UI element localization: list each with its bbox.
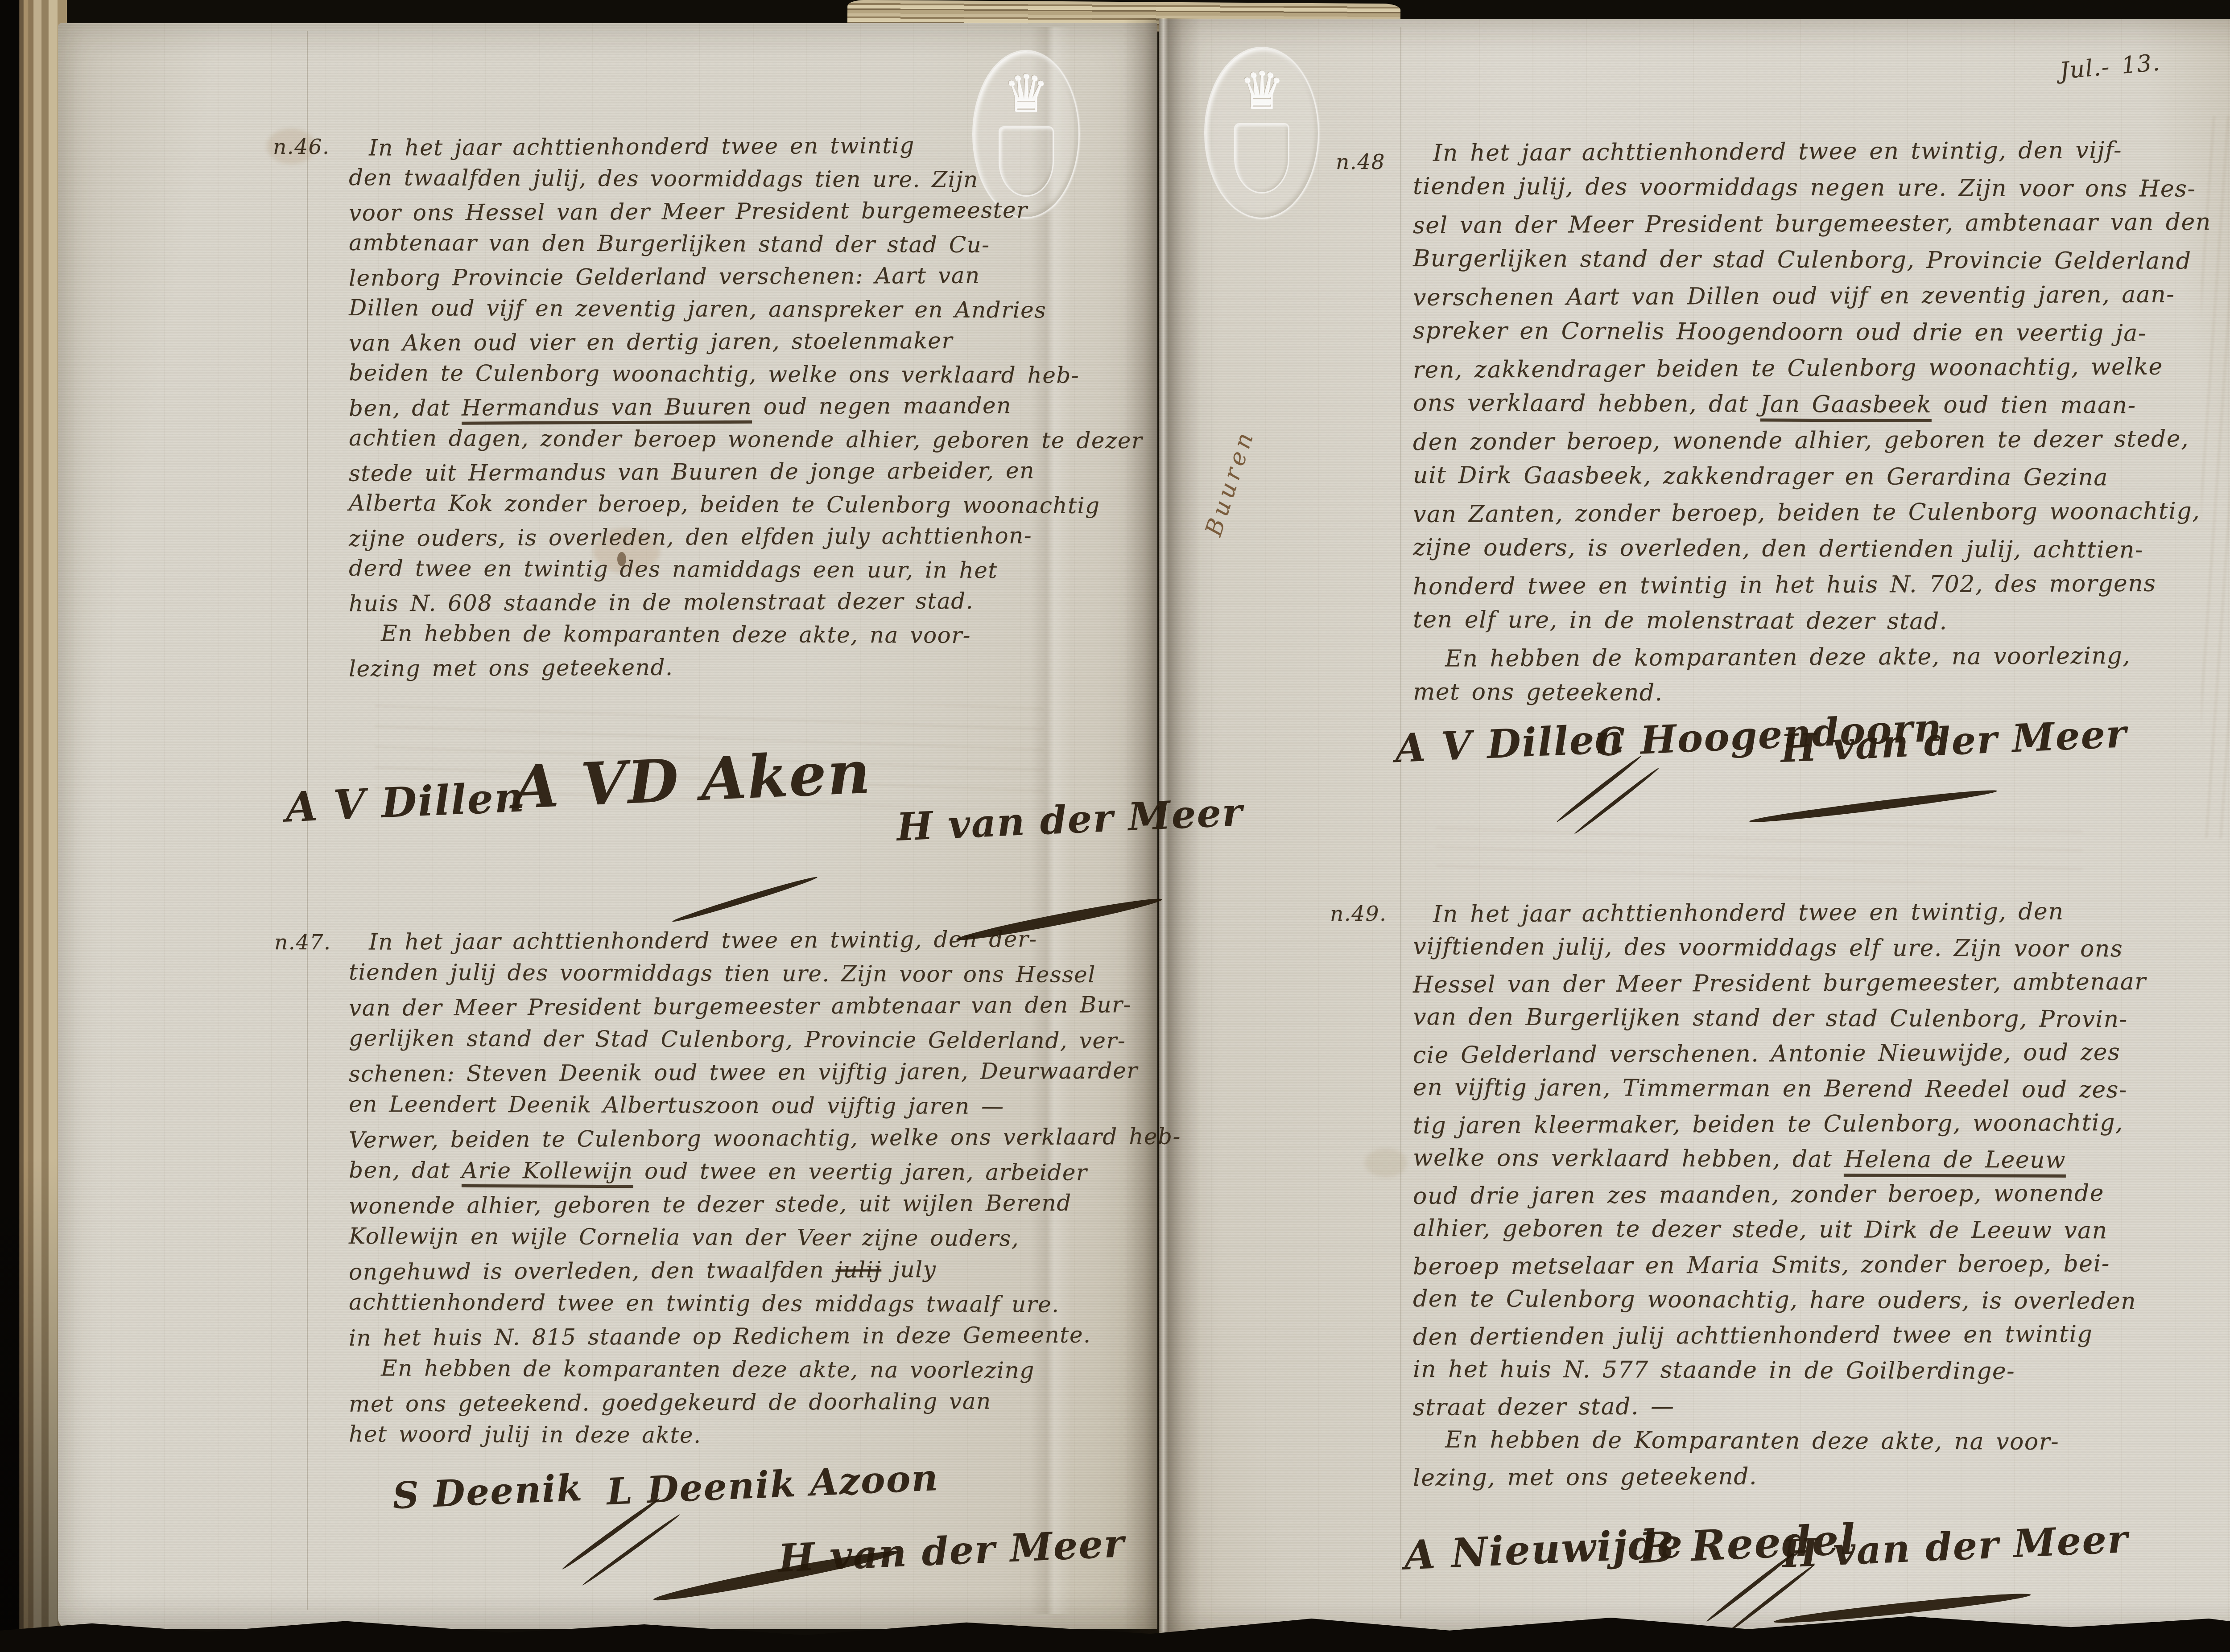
record-line: vijftienden julij, des voormiddags elf u… [1413, 929, 2211, 967]
record-line: en Leendert Deenik Albertuszoon oud vijf… [349, 1088, 1112, 1123]
record-number: n.49. [1330, 902, 1387, 926]
record-line: van Zanten, zonder beroep, beiden te Cul… [1413, 493, 2211, 533]
record-line: alhier, geboren te dezer stede, uit Dirk… [1413, 1211, 2211, 1249]
record-line: tienden julij, des voormiddags negen ure… [1413, 169, 2211, 207]
record-line: den te Culenborg woonachtig, hare ouders… [1413, 1281, 2211, 1319]
right-page-margin-rule [1400, 27, 1401, 1619]
record-line: Burgerlijken stand der stad Culenborg, P… [1413, 241, 2211, 280]
crown-seal-icon: ♛ [1206, 61, 1318, 120]
record-line: ben, dat Arie Kollewijn oud twee en veer… [349, 1154, 1112, 1189]
record-number: n.48 [1336, 150, 1385, 174]
record-line: het woord julij in deze akte. [349, 1417, 1112, 1453]
record-line: stede uit Hermandus van Buuren de jonge … [349, 454, 1112, 490]
record-text: In het jaar achttienhonderd twee en twin… [1413, 134, 2211, 712]
record-number: n.47. [274, 930, 331, 955]
record-line: achtien dagen, zonder beroep wonende alh… [349, 422, 1112, 457]
record-line: van den Burgerlijken stand der stad Cule… [1413, 1000, 2211, 1038]
record-line: ren, zakkendrager beiden te Culenborg wo… [1413, 349, 2211, 388]
record-line: van Aken oud vier en dertig jaren, stoel… [349, 324, 1112, 359]
record-line: verschenen Aart van Dillen oud vijf en z… [1413, 276, 2211, 316]
record-line: Dillen oud vijf en zeventig jaren, aansp… [349, 292, 1112, 327]
record-number: n.46. [273, 135, 330, 159]
record-line: En hebben de komparanten deze akte, na v… [1413, 638, 2211, 677]
record-line: derd twee en twintig des namiddags een u… [349, 552, 1112, 587]
record-line: En hebben de komparanten deze akte, na v… [349, 1351, 1112, 1387]
record-line: schenen: Steven Deenik oud twee en vijft… [349, 1054, 1112, 1090]
record-line: met ons geteekend. goedgekeurd de doorha… [349, 1384, 1112, 1420]
book-fore-edge [0, 0, 67, 1652]
record-line: en vijftig jaren, Timmerman en Berend Re… [1413, 1070, 2211, 1108]
record-line: cie Gelderland verschenen. Antonie Nieuw… [1413, 1034, 2211, 1073]
register-spread-photo: ♛ ♛ Jul.- 13. Buuren n.46. In het jaar a… [0, 0, 2230, 1652]
record-line: En hebben de Komparanten deze akte, na v… [1413, 1422, 2211, 1460]
record-line: sel van der Meer President burgemeester,… [1413, 204, 2211, 244]
record-line: voor ons Hessel van der Meer President b… [349, 194, 1112, 229]
record-line: zijne ouders, is overleden, den elfden j… [349, 519, 1112, 555]
record-line: tig jaren kleermaker, beiden te Culenbor… [1413, 1105, 2211, 1144]
record-line: lezing, met ons geteekend. [1413, 1457, 2211, 1496]
bleed-through-text [1436, 820, 2083, 883]
record-line: den zonder beroep, wonende alhier, gebor… [1413, 421, 2211, 461]
record-line: lenborg Provincie Gelderland verschenen:… [349, 259, 1112, 294]
record-line: welke ons verklaard hebben, dat Helena d… [1413, 1141, 2211, 1178]
record-line: gerlijken stand der Stad Culenborg, Prov… [349, 1022, 1112, 1057]
record-line: uit Dirk Gaasbeek, zakkendrager en Gerar… [1413, 457, 2211, 496]
record-line: den dertienden julij achttienhonderd twe… [1413, 1316, 2211, 1355]
record-line: beroep metselaar en Maria Smits, zonder … [1413, 1246, 2211, 1285]
record-line: straat dezer stad. — [1413, 1387, 2211, 1425]
record-line: ons verklaard hebben, dat Jan Gaasbeek o… [1413, 385, 2211, 424]
record-line: tienden julij des voormiddags tien ure. … [349, 956, 1112, 991]
record-line: zijne ouders, is overleden, den dertiend… [1413, 530, 2211, 569]
record-line: achttienhonderd twee en twintig des midd… [349, 1285, 1112, 1321]
record-line: Hessel van der Meer President burgemeest… [1413, 964, 2211, 1003]
record-line: van der Meer President burgemeester ambt… [349, 988, 1112, 1024]
coat-of-arms-shield-icon [1234, 123, 1289, 194]
record-text: In het jaar achttienhonderd twee en twin… [349, 130, 1112, 684]
record-line: den twaalfden julij, des voormiddags tie… [349, 161, 1112, 197]
record-line: Verwer, beiden te Culenborg woonachtig, … [349, 1120, 1112, 1156]
record-line: ambtenaar van den Burgerlijken stand der… [349, 227, 1112, 262]
paper-stain [1365, 1148, 1407, 1177]
record-line: in het huis N. 577 staande in de Goilber… [1413, 1352, 2211, 1390]
record-line: wonende alhier, geboren te dezer stede, … [349, 1186, 1112, 1222]
record-line: In het jaar achttienhonderd twee en twin… [349, 128, 1112, 164]
record-line: beiden te Culenborg woonachtig, welke on… [349, 357, 1112, 392]
record-line: spreker en Cornelis Hoogendoorn oud drie… [1413, 313, 2211, 352]
record-line: in het huis N. 815 staande op Redichem i… [349, 1318, 1112, 1354]
record-line: Alberta Kok zonder beroep, beiden te Cul… [349, 487, 1112, 522]
record-line: lezing met ons geteekend. [349, 649, 1112, 685]
record-line: honderd twee en twintig in het huis N. 7… [1413, 565, 2211, 605]
record-text: In het jaar achttienhonderd twee en twin… [349, 924, 1112, 1452]
record-line: En hebben de komparanten deze akte, na v… [349, 617, 1112, 652]
record-line: oud drie jaren zes maanden, zonder beroe… [1413, 1175, 2211, 1214]
record-line: In het jaar achttienhonderd twee en twin… [1413, 894, 2211, 932]
crown-seal-icon: ♛ [974, 64, 1078, 124]
record-line: ongehuwd is overleden, den twaalfden jul… [349, 1252, 1112, 1288]
record-line: ten elf ure, in de molenstraat dezer sta… [1413, 602, 2211, 641]
signature-declarant-1: S Deenik [392, 1467, 584, 1518]
blind-stamp-right: ♛ [1204, 47, 1319, 219]
record-line: huis N. 608 staande in de molenstraat de… [349, 584, 1112, 620]
record-line: ben, dat Hermandus van Buuren oud negen … [349, 389, 1112, 424]
record-line: In het jaar achttienhonderd twee en twin… [1413, 132, 2211, 172]
record-line: Kollewijn en wijle Cornelia van der Veer… [349, 1219, 1112, 1255]
record-line: met ons geteekend. [1413, 674, 2211, 713]
record-text: In het jaar achttienhonderd twee en twin… [1413, 895, 2211, 1494]
